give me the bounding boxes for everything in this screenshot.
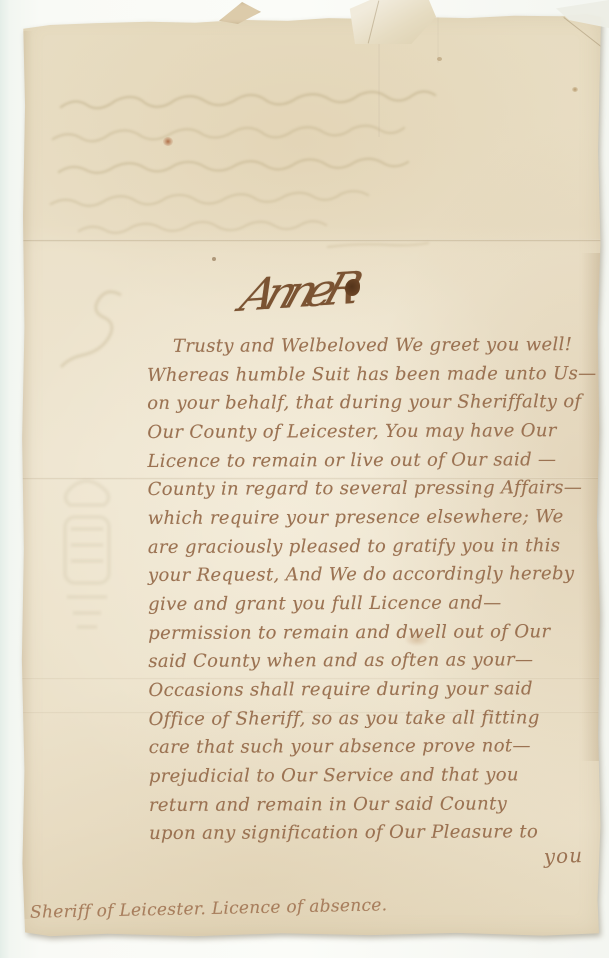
foxing-spot [163, 137, 173, 146]
royal-signature-anne-r: AnneR [234, 257, 426, 322]
letter-body-line: permission to remain and dwell out of Ou… [148, 618, 596, 649]
letter-body-line: Occasions shall require during your said [148, 675, 596, 706]
letter-body-line: prejudicial to Our Service and that you [149, 761, 597, 792]
fold-crease-top [21, 239, 601, 242]
verso-ink-bleedthrough [33, 75, 503, 250]
fold-crease-vertical [378, 15, 380, 137]
docket-annotation: Sheriff of Leicester. Licence of absence… [30, 895, 390, 923]
letter-body-line: on your behalf, that during your Sheriff… [147, 388, 595, 419]
paper-speck [572, 87, 578, 92]
scanned-document: AnneR Trusty and Welbeloved We greet you… [0, 0, 609, 958]
letter-body-line: your Request, And We do accordingly here… [148, 560, 596, 591]
paper-speck [212, 257, 216, 261]
letter-body-line: Whereas humble Suit has been made unto U… [147, 360, 595, 391]
verso-signature-bleedthrough [51, 281, 141, 371]
letter-body-text: Trusty and Welbeloved We greet you well!… [147, 331, 597, 849]
paper-sheet: AnneR Trusty and Welbeloved We greet you… [21, 13, 601, 937]
paper-watermark [43, 465, 129, 641]
letter-body-line: give and grant you full Licence and— [148, 589, 596, 620]
letter-body-line: Trusty and Welbeloved We greet you well! [147, 331, 595, 362]
letter-body-line: which require your presence elsewhere; W… [148, 503, 596, 534]
catchword: you [473, 843, 584, 871]
letter-body-line: return and remain in Our said County [149, 790, 597, 821]
letter-body-line: care that such your absence prove not— [149, 732, 597, 763]
letter-body-line: Licence to remain or live out of Our sai… [147, 446, 595, 477]
left-edge-shading [21, 31, 33, 918]
letter-body-line: County in regard to several pressing Aff… [148, 474, 596, 505]
letter-body-line: Office of Sheriff, so as you take all fi… [149, 704, 597, 735]
letter-body-line: are graciously pleased to gratify you in… [148, 532, 596, 563]
corner-fold-line [563, 17, 605, 50]
paper-shadow-wrap: AnneR Trusty and Welbeloved We greet you… [0, 0, 609, 958]
tear-seam-top [437, 15, 439, 63]
letter-body-line: said County when and as often as your— [148, 646, 596, 677]
letter-body-line: Our County of Leicester, You may have Ou… [147, 417, 595, 448]
